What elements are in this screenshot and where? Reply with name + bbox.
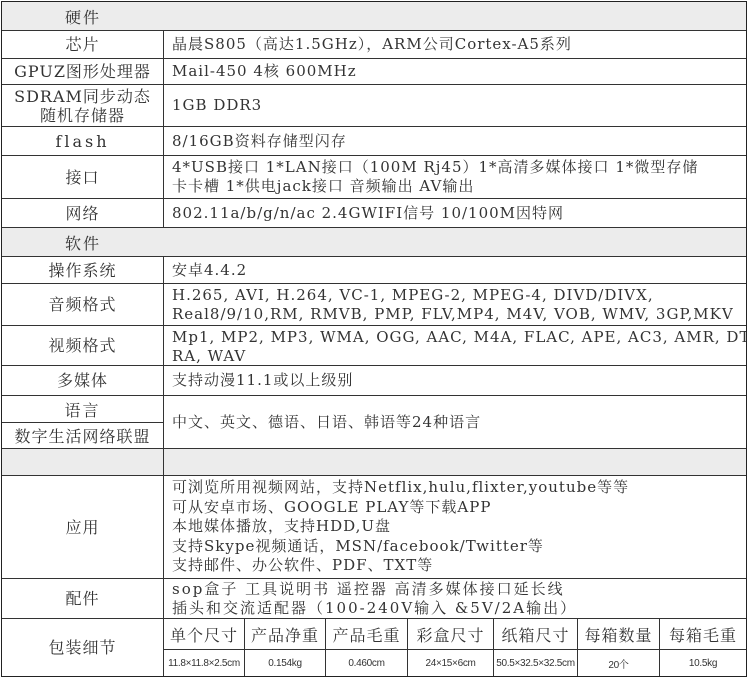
pack-value-carton-weight: 10.5kg [660, 650, 746, 676]
value-interface-line2: 卡卡槽 1*供电jack接口 音频输出 AV输出 [172, 177, 738, 196]
row-sdram: SDRAM同步动态 随机存储器 1GB DDR3 [2, 85, 746, 127]
value-audio-formats-line2: Real8/9/10,RM, RMVB, PMP, FLV,MP4, M4V, … [172, 305, 738, 324]
value-os: 安卓4.4.2 [172, 261, 738, 280]
label-packaging: 包装细节 [2, 619, 164, 676]
value-multimedia: 支持动漫11.1或以上级别 [172, 371, 738, 390]
row-gpu: GPUZ图形处理器 Mail-450 4核 600MHz [2, 59, 746, 85]
label-language: 语言 [2, 396, 163, 422]
row-interface: 接口 4*USB接口 1*LAN接口（100M Rj45）1*高清多媒体接口 1… [2, 156, 746, 199]
row-packaging: 包装细节 单个尺寸 产品净重 产品毛重 彩盒尺寸 纸箱尺寸 每箱数量 每箱毛重 … [2, 619, 746, 676]
section-hardware-label: 硬件 [2, 2, 164, 30]
value-apps-line2: 可从安卓市场、GOOGLE PLAY等下载APP [172, 498, 738, 518]
row-network: 网络 802.11a/b/g/n/ac 2.4GWIFI信号 10/100M因特… [2, 199, 746, 228]
value-accessories-line1: sop盒子 工具说明书 遥控器 高清多媒体接口延长线 [172, 580, 738, 599]
value-gpu: Mail-450 4核 600MHz [172, 62, 738, 81]
row-multimedia: 多媒体 支持动漫11.1或以上级别 [2, 366, 746, 396]
pack-value-gross-weight: 0.460cm [326, 650, 408, 676]
label-sdram-line2: 随机存储器 [40, 106, 125, 125]
pack-header-carton-weight: 每箱毛重 [660, 619, 746, 649]
row-audio-formats: 音频格式 H.265, AVI, H.264, VC-1, MPEG-2, MP… [2, 284, 746, 326]
value-apps-line1: 可浏览所用视频网站，支持Netflix,hulu,flixter,youtube… [172, 478, 738, 498]
label-network: 网络 [2, 199, 164, 227]
pack-header-qty-per-carton: 每箱数量 [578, 619, 660, 649]
pack-header-unit-size: 单个尺寸 [164, 619, 245, 649]
value-accessories-line2: 插头和交流适配器（100-240V输入 &5V/2A输出） [172, 599, 738, 618]
label-chip: 芯片 [2, 31, 164, 58]
row-language: 语言 数字生活网络联盟 中文、英文、德语、日语、韩语等24种语言 [2, 396, 746, 449]
pack-value-qty-per-carton: 20个 [578, 650, 660, 676]
label-sdram-line1: SDRAM同步动态 [14, 87, 151, 106]
pack-header-gross-weight: 产品毛重 [326, 619, 408, 649]
value-flash: 8/16GB资料存储型闪存 [172, 132, 738, 151]
label-multimedia: 多媒体 [2, 366, 164, 395]
section-hardware: 硬件 [2, 2, 746, 31]
section-software: 软件 [2, 228, 746, 257]
value-network: 802.11a/b/g/n/ac 2.4GWIFI信号 10/100M因特网 [172, 204, 738, 223]
pack-value-box-size: 24×15×6cm [408, 650, 494, 676]
label-dlna: 数字生活网络联盟 [2, 422, 163, 448]
row-apps: 应用 可浏览所用视频网站，支持Netflix,hulu,flixter,yout… [2, 476, 746, 579]
value-apps-line4: 支持Skype视频通话，MSN/facebook/Twitter等 [172, 537, 738, 557]
label-audio-formats: 音频格式 [2, 284, 164, 325]
label-sdram: SDRAM同步动态 随机存储器 [2, 85, 164, 126]
value-chip: 晶晨S805（高达1.5GHz），ARM公司Cortex-A5系列 [172, 35, 738, 54]
row-chip: 芯片 晶晨S805（高达1.5GHz），ARM公司Cortex-A5系列 [2, 31, 746, 59]
value-video-formats-line2: RA, WAV [172, 347, 738, 365]
row-flash: flash 8/16GB资料存储型闪存 [2, 127, 746, 156]
value-apps-line3: 本地媒体播放，支持HDD,U盘 [172, 517, 738, 537]
empty-label-cell [2, 449, 164, 475]
value-sdram: 1GB DDR3 [172, 96, 738, 115]
label-os: 操作系统 [2, 257, 164, 283]
label-apps: 应用 [2, 476, 164, 578]
pack-value-unit-size: 11.8×11.8×2.5cm [164, 650, 245, 676]
pack-value-carton-size: 50.5×32.5×32.5cm [494, 650, 578, 676]
label-accessories: 配件 [2, 579, 164, 618]
value-interface-line1: 4*USB接口 1*LAN接口（100M Rj45）1*高清多媒体接口 1*微型… [172, 158, 738, 177]
row-video-formats: 视频格式 Mp1, MP2, MP3, WMA, OGG, AAC, M4A, … [2, 326, 746, 366]
value-apps-line5: 支持邮件、办公软件、PDF、TXT等 [172, 556, 738, 576]
section-software-label: 软件 [2, 228, 164, 256]
packaging-values-row: 11.8×11.8×2.5cm 0.154kg 0.460cm 24×15×6c… [164, 650, 746, 676]
label-interface: 接口 [2, 156, 164, 198]
label-language-group: 语言 数字生活网络联盟 [2, 396, 164, 448]
label-flash: flash [2, 127, 164, 155]
pack-value-net-weight: 0.154kg [245, 650, 326, 676]
label-gpu: GPUZ图形处理器 [2, 59, 164, 84]
value-video-formats-line1: Mp1, MP2, MP3, WMA, OGG, AAC, M4A, FLAC,… [172, 328, 738, 347]
spec-table: 硬件 芯片 晶晨S805（高达1.5GHz），ARM公司Cortex-A5系列 … [1, 1, 747, 677]
value-language: 中文、英文、德语、日语、韩语等24种语言 [172, 413, 738, 432]
packaging-subtable: 单个尺寸 产品净重 产品毛重 彩盒尺寸 纸箱尺寸 每箱数量 每箱毛重 11.8×… [164, 619, 746, 676]
value-audio-formats-line1: H.265, AVI, H.264, VC-1, MPEG-2, MPEG-4,… [172, 286, 738, 305]
row-os: 操作系统 安卓4.4.2 [2, 257, 746, 284]
pack-header-box-size: 彩盒尺寸 [408, 619, 494, 649]
row-accessories: 配件 sop盒子 工具说明书 遥控器 高清多媒体接口延长线 插头和交流适配器（1… [2, 579, 746, 619]
label-video-formats: 视频格式 [2, 326, 164, 365]
packaging-header-row: 单个尺寸 产品净重 产品毛重 彩盒尺寸 纸箱尺寸 每箱数量 每箱毛重 [164, 619, 746, 650]
pack-header-carton-size: 纸箱尺寸 [494, 619, 578, 649]
pack-header-net-weight: 产品净重 [245, 619, 326, 649]
row-empty-separator [2, 449, 746, 476]
